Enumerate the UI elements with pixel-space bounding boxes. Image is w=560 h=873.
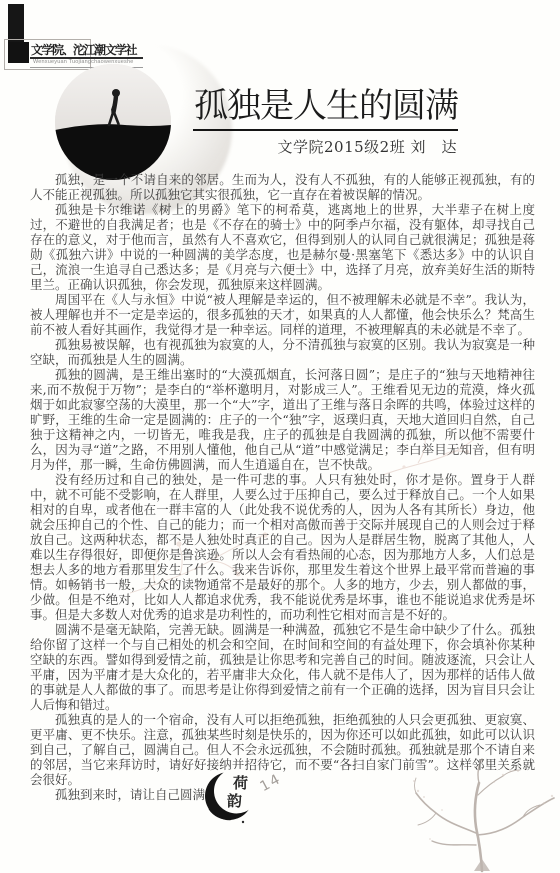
paragraph: 孤独真的是人的一个宿命，没有人可以拒绝孤独，拒绝孤独的人只会更孤独、更寂寞、更平… (30, 712, 535, 787)
paragraph: 孤独是卡尔维诺《树上的男爵》笔下的柯希莫，逃离地上的世界，大半辈子在树上度过，不… (30, 202, 535, 292)
magazine-page: 文学院、沱江潮文学社 Wenxueyuan Tuojiangchaowenxue… (0, 0, 560, 873)
paragraph: 孤独易被误解，也有视孤独为寂寞的人，分不清孤独与寂寞的区别。我认为寂寞是一种空缺… (30, 337, 535, 367)
paragraph: 圆满不是毫无缺陷，完善无缺。圆满是一种满盈，孤独它不是生命中缺少了什么。孤独给你… (30, 622, 535, 712)
title-underline (193, 129, 458, 131)
paragraph: 周国平在《人与永恒》中说“被人理解是幸运的，但不被理解未必就是不幸”。我认为，被… (30, 292, 535, 337)
paragraph: 没有经历过和自己的独处，是一件可悲的事。人只有独处时，你才是你。置身于人群中，就… (30, 472, 535, 622)
masthead-black-square (8, 42, 29, 63)
article-byline: 文学院2015级2班 刘 达 (195, 136, 457, 157)
journal-name-char-bottom: 韵 (227, 790, 242, 811)
walking-person-photo (55, 64, 171, 180)
walking-person-silhouette-icon (55, 64, 171, 180)
paragraph: 孤独，是一个不请自来的邻居。生而为人，没有人不孤独，有的人能够正视孤独，有的人不… (30, 172, 535, 202)
paragraph: 孤独到来时，请让自己圆满。 (30, 787, 535, 802)
article-body: 孤独，是一个不请自来的邻居。生而为人，没有人不孤独，有的人能够正视孤独，有的人不… (30, 172, 535, 802)
paragraph: 孤独的圆满，是王维出塞时的“大漠孤烟直，长河落日圆”；是庄子的“独与天地精神往来… (30, 367, 535, 472)
page-title: 孤独是人生的圆满 (194, 78, 474, 127)
